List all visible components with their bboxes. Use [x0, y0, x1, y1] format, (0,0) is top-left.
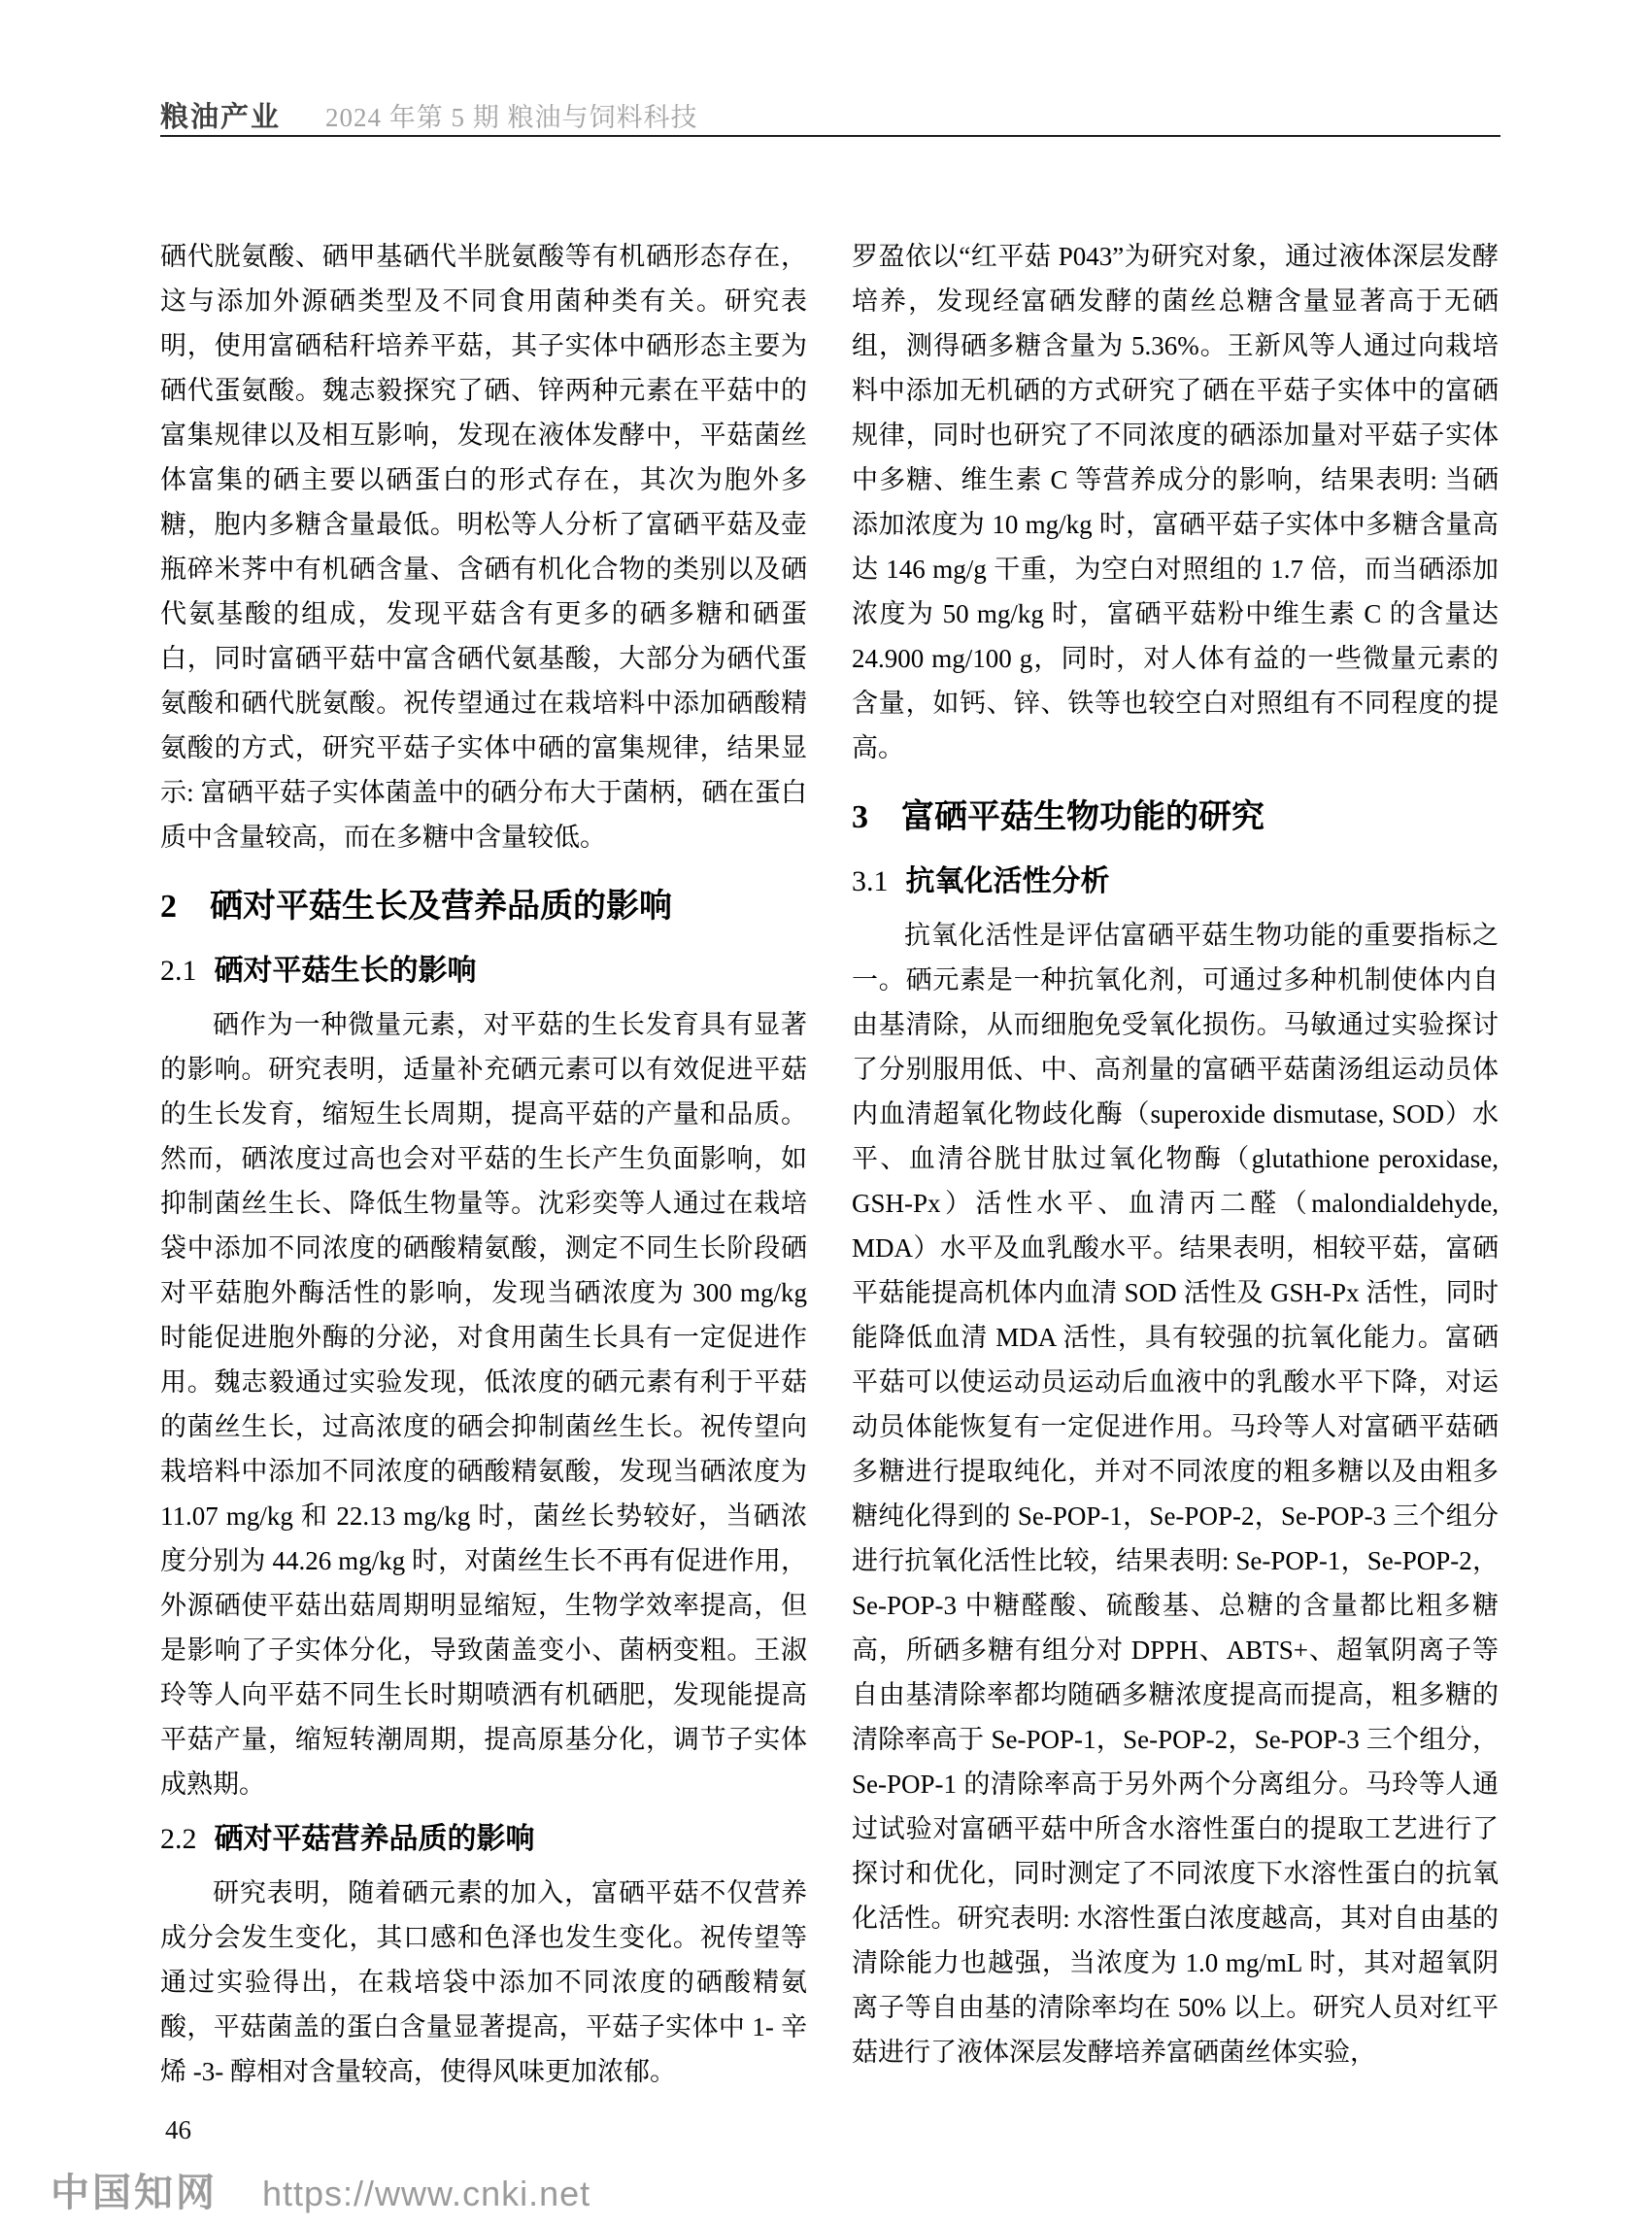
- right-column: 罗盈依以“红平菇 P043”为研究对象，通过液体深层发酵培养，发现经富硒发酵的菌…: [852, 234, 1499, 2094]
- section-2-2-title: 硒对平菇营养品质的影响: [215, 1823, 535, 1855]
- body-paragraph-continuation-left: 硒代胱氨酸、硒甲基硒代半胱氨酸等有机硒形态存在，这与添加外源硒类型及不同食用菌种…: [160, 234, 807, 860]
- section-3-title: 富硒平菇生物功能的研究: [901, 798, 1264, 835]
- article-columns: 硒代胱氨酸、硒甲基硒代半胱氨酸等有机硒形态存在，这与添加外源硒类型及不同食用菌种…: [160, 234, 1499, 2094]
- section-2-1-heading: 2.1硒对平菇生长的影响: [160, 950, 807, 993]
- cnki-logo-text: 中国知网: [51, 2162, 218, 2217]
- issue-info: 2024 年第 5 期 粮油与饲料科技: [325, 96, 698, 134]
- section-2-heading: 2硒对平菇生长及营养品质的影响: [160, 883, 807, 930]
- section-2-1-title: 硒对平菇生长的影响: [215, 955, 477, 987]
- section-2-title: 硒对平菇生长及营养品质的影响: [210, 888, 672, 925]
- section-3-1-number: 3.1: [852, 865, 889, 897]
- page-number: 46: [165, 2115, 191, 2145]
- left-column: 硒代胱氨酸、硒甲基硒代半胱氨酸等有机硒形态存在，这与添加外源硒类型及不同食用菌种…: [160, 234, 807, 2094]
- cnki-watermark: 中国知网 https://www.cnki.net: [51, 2162, 590, 2217]
- section-2-1-paragraph: 硒作为一种微量元素，对平菇的生长发育具有显著的影响。研究表明，适量补充硒元素可以…: [160, 1002, 807, 1806]
- body-paragraph-continuation-right: 罗盈依以“红平菇 P043”为研究对象，通过液体深层发酵培养，发现经富硒发酵的菌…: [852, 234, 1499, 770]
- section-2-1-number: 2.1: [160, 955, 197, 987]
- section-3-1-paragraph: 抗氧化活性是评估富硒平菇生物功能的重要指标之一。硒元素是一种抗氧化剂，可通过多种…: [852, 913, 1499, 2074]
- header-rule: [160, 135, 1500, 137]
- section-3-heading: 3富硒平菇生物功能的研究: [852, 793, 1499, 841]
- section-2-2-number: 2.2: [160, 1823, 197, 1855]
- section-2-number: 2: [160, 889, 177, 925]
- section-3-number: 3: [852, 799, 868, 835]
- section-2-2-paragraph: 研究表明，随着硒元素的加入，富硒平菇不仅营养成分会发生变化，其口感和色泽也发生变…: [160, 1871, 807, 2094]
- page-header: 粮油产业 2024 年第 5 期 粮油与饲料科技: [160, 95, 1499, 135]
- section-3-1-heading: 3.1抗氧化活性分析: [852, 860, 1499, 903]
- journal-name: 粮油产业: [160, 95, 281, 135]
- section-2-2-heading: 2.2硒对平菇营养品质的影响: [160, 1818, 807, 1861]
- cnki-url: https://www.cnki.net: [262, 2174, 590, 2214]
- section-3-1-title: 抗氧化活性分析: [906, 865, 1110, 897]
- document-page: 粮油产业 2024 年第 5 期 粮油与饲料科技 硒代胱氨酸、硒甲基硒代半胱氨酸…: [0, 0, 1652, 2226]
